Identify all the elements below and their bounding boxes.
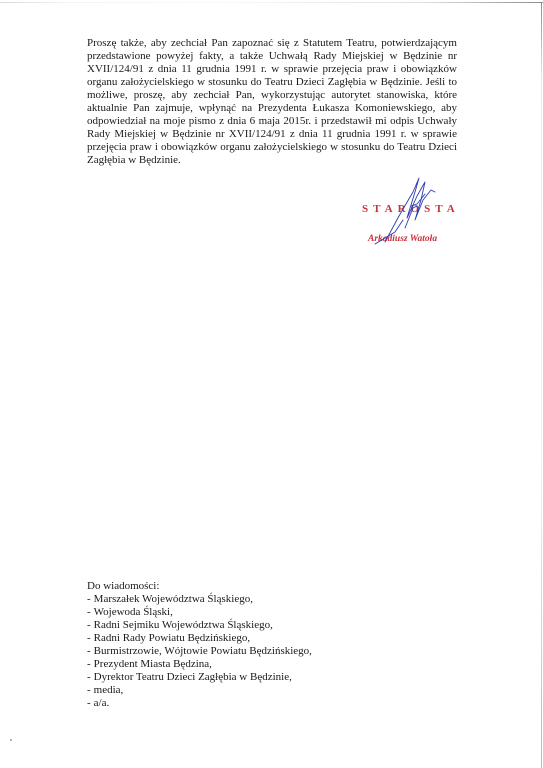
signature-block: STAROSTA Arkadiusz Watoła: [355, 170, 475, 250]
recipient-item: -Dyrektor Teatru Dzieci Zagłębia w Będzi…: [87, 671, 312, 684]
recipient-name: Wojewoda Śląski,: [94, 606, 173, 618]
recipient-name: Burmistrzowie, Wójtowie Powiatu Będzińsk…: [94, 645, 312, 657]
bullet-dash: -: [87, 619, 91, 631]
recipient-item: -Radni Sejmiku Województwa Śląskiego,: [87, 619, 312, 632]
bullet-dash: -: [87, 606, 91, 618]
bullet-dash: -: [87, 632, 91, 644]
recipient-name: media,: [94, 684, 124, 696]
bullet-dash: -: [87, 671, 91, 683]
recipient-name: Prezydent Miasta Będzina,: [94, 658, 212, 670]
letter-body: Proszę także, aby zechciał Pan zapoznać …: [87, 37, 457, 167]
scan-edge-top: [0, 2, 543, 3]
handwritten-signature-icon: [355, 170, 475, 250]
recipient-name: Marszałek Województwa Śląskiego,: [94, 593, 253, 605]
distribution-list: Do wiadomości: -Marszałek Województwa Śl…: [87, 580, 312, 710]
bullet-dash: -: [87, 593, 91, 605]
recipient-item: -Marszałek Województwa Śląskiego,: [87, 593, 312, 606]
recipient-item: -Prezydent Miasta Będzina,: [87, 658, 312, 671]
bullet-dash: -: [87, 697, 91, 709]
recipient-name: Radni Sejmiku Województwa Śląskiego,: [94, 619, 273, 631]
recipient-item: -a/a.: [87, 697, 312, 710]
bullet-dash: -: [87, 645, 91, 657]
recipient-name: a/a.: [94, 697, 110, 709]
recipient-item: -Radni Rady Powiatu Będzińskiego,: [87, 632, 312, 645]
recipient-name: Dyrektor Teatru Dzieci Zagłębia w Będzin…: [94, 671, 292, 683]
scan-edge-right: [541, 2, 542, 768]
recipient-name: Radni Rady Powiatu Będzińskiego,: [94, 632, 250, 644]
bullet-dash: -: [87, 684, 91, 696]
bullet-dash: -: [87, 658, 91, 670]
recipient-item: -Wojewoda Śląski,: [87, 606, 312, 619]
recipient-item: -Burmistrzowie, Wójtowie Powiatu Będzińs…: [87, 645, 312, 658]
recipient-list: -Marszałek Województwa Śląskiego,-Wojewo…: [87, 593, 312, 710]
letter-paragraph: Proszę także, aby zechciał Pan zapoznać …: [87, 37, 457, 167]
scan-speck: [10, 739, 12, 741]
distribution-heading: Do wiadomości:: [87, 580, 312, 593]
recipient-item: -media,: [87, 684, 312, 697]
